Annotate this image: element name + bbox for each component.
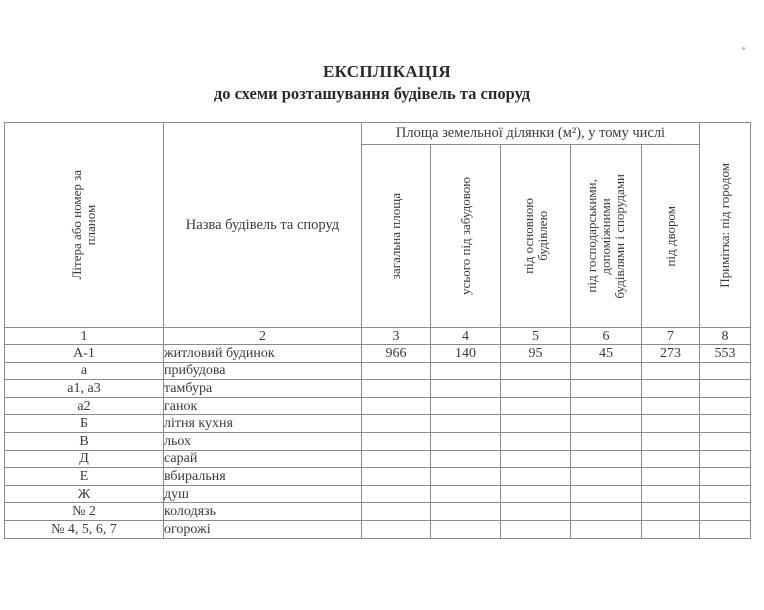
- row-building-name: прибудова: [164, 362, 362, 380]
- row-value-col6: [571, 503, 642, 521]
- row-value-col3: 966: [362, 345, 431, 363]
- row-letter: а1, а3: [5, 380, 164, 398]
- row-value-col8: [700, 380, 751, 398]
- row-value-col4: [431, 362, 501, 380]
- row-value-col8: [700, 362, 751, 380]
- row-value-col3: [362, 415, 431, 433]
- header-letter: Літера або номер за планом: [5, 123, 164, 328]
- document-title: ЕКСПЛІКАЦІЯ: [5, 62, 764, 82]
- header-yard: під двором: [642, 145, 700, 328]
- row-value-col5: [501, 362, 571, 380]
- row-letter: А-1: [5, 345, 164, 363]
- row-building-name: душ: [164, 485, 362, 503]
- row-value-col5: [501, 450, 571, 468]
- row-building-name: льох: [164, 432, 362, 450]
- row-value-col4: [431, 450, 501, 468]
- header-letter-text: Літера або номер за планом: [70, 170, 98, 279]
- header-land-area-group: Площа земельної ділянки (м²), у тому чис…: [362, 123, 700, 145]
- row-value-col7: [642, 520, 700, 538]
- row-letter: В: [5, 432, 164, 450]
- table-row: Евбиральня: [5, 468, 751, 486]
- table-row: Ждуш: [5, 485, 751, 503]
- row-value-col8: [700, 415, 751, 433]
- row-value-col3: [362, 432, 431, 450]
- header-main-building: під основною будівлею: [501, 145, 571, 328]
- row-value-col5: [501, 520, 571, 538]
- row-value-col7: 273: [642, 345, 700, 363]
- row-value-col4: [431, 468, 501, 486]
- header-building-name: Назва будівель та споруд: [164, 123, 362, 328]
- row-value-col8: [700, 485, 751, 503]
- row-value-col8: [700, 468, 751, 486]
- row-value-col8: [700, 520, 751, 538]
- row-building-name: огорожі: [164, 520, 362, 538]
- row-letter: а2: [5, 397, 164, 415]
- row-value-col7: [642, 468, 700, 486]
- row-building-name: житловий будинок: [164, 345, 362, 363]
- row-building-name: тамбура: [164, 380, 362, 398]
- row-value-col3: [362, 468, 431, 486]
- row-letter: а: [5, 362, 164, 380]
- table-row: априбудова: [5, 362, 751, 380]
- explication-table: Літера або номер за планом Назва будівел…: [4, 122, 751, 539]
- row-value-col7: [642, 362, 700, 380]
- row-value-col8: [700, 450, 751, 468]
- row-letter: Б: [5, 415, 164, 433]
- row-building-name: колодязь: [164, 503, 362, 521]
- row-value-col4: [431, 432, 501, 450]
- row-letter: № 4, 5, 6, 7: [5, 520, 164, 538]
- row-value-col5: 95: [501, 345, 571, 363]
- row-value-col6: [571, 362, 642, 380]
- row-building-name: ганок: [164, 397, 362, 415]
- row-value-col3: [362, 520, 431, 538]
- row-value-col7: [642, 380, 700, 398]
- table-row: № 2колодязь: [5, 503, 751, 521]
- row-value-col5: [501, 415, 571, 433]
- row-value-col3: [362, 397, 431, 415]
- row-value-col3: [362, 503, 431, 521]
- row-value-col7: [642, 450, 700, 468]
- header-note: Примітка: під городом: [700, 123, 751, 328]
- row-value-col4: [431, 415, 501, 433]
- row-value-col5: [501, 380, 571, 398]
- row-value-col7: [642, 415, 700, 433]
- row-building-name: літня кухня: [164, 415, 362, 433]
- row-value-col8: [700, 432, 751, 450]
- row-letter: Ж: [5, 485, 164, 503]
- row-building-name: сарай: [164, 450, 362, 468]
- table-row: а2ганок: [5, 397, 751, 415]
- row-letter: № 2: [5, 503, 164, 521]
- row-value-col4: 140: [431, 345, 501, 363]
- table-row: А-1житловий будинок9661409545273553: [5, 345, 751, 363]
- row-value-col3: [362, 362, 431, 380]
- row-value-col4: [431, 520, 501, 538]
- table-row: Вльох: [5, 432, 751, 450]
- row-value-col7: [642, 485, 700, 503]
- row-value-col6: 45: [571, 345, 642, 363]
- row-value-col6: [571, 432, 642, 450]
- table-row: Блітня кухня: [5, 415, 751, 433]
- row-value-col6: [571, 485, 642, 503]
- header-total-area: загальна площа: [362, 145, 431, 328]
- row-value-col6: [571, 415, 642, 433]
- column-index-row: 1 2 3 4 5 6 7 8: [5, 328, 751, 345]
- scan-speck: [742, 47, 745, 50]
- header-built-up-total: усього під забудовою: [431, 145, 501, 328]
- table-row: № 4, 5, 6, 7огорожі: [5, 520, 751, 538]
- row-value-col7: [642, 503, 700, 521]
- table-row: Дсарай: [5, 450, 751, 468]
- row-value-col3: [362, 485, 431, 503]
- row-value-col4: [431, 380, 501, 398]
- row-value-col3: [362, 450, 431, 468]
- row-value-col4: [431, 503, 501, 521]
- table-row: а1, а3тамбура: [5, 380, 751, 398]
- row-value-col5: [501, 503, 571, 521]
- document-subtitle: до схеми розташування будівель та споруд: [0, 84, 754, 104]
- row-value-col8: 553: [700, 345, 751, 363]
- row-value-col5: [501, 397, 571, 415]
- row-value-col5: [501, 468, 571, 486]
- row-value-col7: [642, 397, 700, 415]
- row-value-col4: [431, 397, 501, 415]
- row-value-col3: [362, 380, 431, 398]
- row-value-col8: [700, 503, 751, 521]
- row-value-col6: [571, 450, 642, 468]
- row-value-col5: [501, 432, 571, 450]
- header-note-text: Примітка: під городом: [718, 163, 732, 288]
- row-value-col8: [700, 397, 751, 415]
- row-value-col6: [571, 520, 642, 538]
- row-value-col7: [642, 432, 700, 450]
- row-value-col5: [501, 485, 571, 503]
- row-letter: Е: [5, 468, 164, 486]
- header-auxiliary-buildings: під господарськими, допоміжними будівлям…: [571, 145, 642, 328]
- row-value-col6: [571, 380, 642, 398]
- row-value-col6: [571, 397, 642, 415]
- row-value-col6: [571, 468, 642, 486]
- row-value-col4: [431, 485, 501, 503]
- row-letter: Д: [5, 450, 164, 468]
- row-building-name: вбиральня: [164, 468, 362, 486]
